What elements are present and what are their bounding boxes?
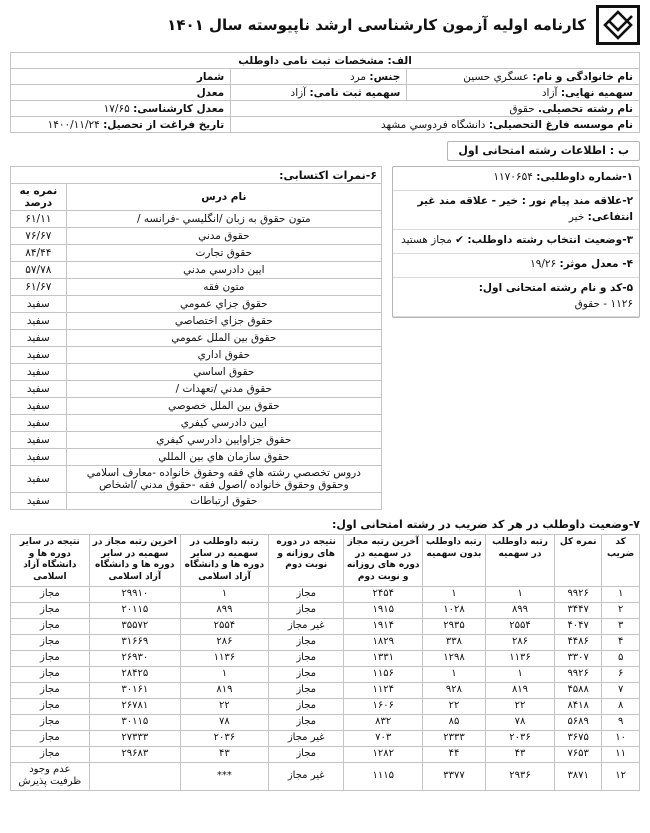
last-rank-other-cell: ۲۹۶۸۳: [89, 746, 180, 762]
total-score-cell: ۳۸۷۱: [555, 762, 602, 790]
coef-row: ۶۹۹۲۶۱۱۱۱۵۶مجاز۱۲۸۴۲۵مجاز: [11, 666, 640, 682]
coef-code-cell: ۷: [602, 682, 640, 698]
course-cell: حقوق اساسي: [66, 364, 381, 381]
coef-row: ۹۵۶۸۹۷۸۸۵۸۳۲مجاز۷۸۳۰۱۱۵مجاز: [11, 714, 640, 730]
score-cell: سفید: [11, 432, 67, 449]
coef-code-cell: ۳: [602, 618, 640, 634]
rank-without-quota-cell: ۳۳۷۷: [423, 762, 486, 790]
score-cell: سفید: [11, 381, 67, 398]
score-cell: سفید: [11, 449, 67, 466]
rank-in-quota-cell: ۱۱۳۶: [485, 650, 554, 666]
last-rank-other-cell: ۲۷۳۳۳: [89, 730, 180, 746]
score-row: متون حقوق به زبان /انگلیسي -فرانسه /۶۱/۱…: [11, 211, 382, 228]
rank-in-quota-cell: ۱: [485, 666, 554, 682]
rank-other-cell: ۲۸۶: [180, 634, 268, 650]
header-coef-code: کد ضریب: [602, 535, 640, 587]
last-rank-day-cell: ۱۱۱۵: [344, 762, 423, 790]
last-rank-other-cell: ۳۰۱۱۵: [89, 714, 180, 730]
result-day-cell: غیر مجاز: [268, 618, 343, 634]
score-row: متون فقه۶۱/۶۷: [11, 279, 382, 296]
rank-other-cell: ۸۹۹: [180, 602, 268, 618]
result-day-cell: مجاز: [268, 634, 343, 650]
result-day-cell: مجاز: [268, 682, 343, 698]
coef-row: ۱۲۳۸۷۱۲۹۳۶۳۳۷۷۱۱۱۵غیر مجاز***عدم وجود ظر…: [11, 762, 640, 790]
number-cell: شمار: [11, 69, 231, 85]
coef-row: ۳۴۰۴۷۲۵۵۴۲۹۳۵۱۹۱۴غیر مجاز۲۵۵۴۳۵۵۷۲مجاز: [11, 618, 640, 634]
last-rank-day-cell: ۱۶۰۶: [344, 698, 423, 714]
page-title: کارنامه اولیه آزمون کارشناسی ارشد ناپیوس…: [167, 16, 586, 34]
bachelor-gpa-cell: معدل کارشناسی: ۱۷/۶۵: [11, 101, 231, 117]
coef-row: ۱۰۳۶۷۵۲۰۳۶۲۳۳۳۷۰۳غیر مجاز۲۰۳۶۲۷۳۳۳مجاز: [11, 730, 640, 746]
coef-code-cell: ۸: [602, 698, 640, 714]
coef-row: ۱۹۹۲۶۱۱۲۴۵۴مجاز۱۲۹۹۱۰مجاز: [11, 586, 640, 602]
rank-other-cell: ۴۳: [180, 746, 268, 762]
result-other-cell: مجاز: [11, 698, 90, 714]
score-column-header: نمره به درصد: [11, 184, 67, 211]
score-row: حقوق سازمان هاي بین الملليسفید: [11, 449, 382, 466]
result-day-cell: مجاز: [268, 650, 343, 666]
score-row: ایین دادرسي کیفريسفید: [11, 415, 382, 432]
total-score-cell: ۹۹۲۶: [555, 666, 602, 682]
score-row: ایین دادرسي مدني۵۷/۷۸: [11, 262, 382, 279]
rank-without-quota-cell: ۱: [423, 586, 486, 602]
last-rank-day-cell: ۱۸۲۹: [344, 634, 423, 650]
score-cell: سفید: [11, 493, 67, 510]
course-cell: ایین دادرسي کیفري: [66, 415, 381, 432]
section-b-content: ۱-شماره داوطلبی: ۱۱۷۰۶۵۴۲-علاقه مند پیام…: [10, 166, 640, 510]
institute-cell: نام موسسه فارغ التحصیلی: دانشگاه فردوسي …: [231, 117, 640, 133]
rank-without-quota-cell: ۳۳۸: [423, 634, 486, 650]
score-row: حقوق ارتباطاتسفید: [11, 493, 382, 510]
table-row: نام موسسه فارغ التحصیلی: دانشگاه فردوسي …: [11, 117, 640, 133]
header-result-other: نتیجه در سایر دوره ها و دانشگاه آزاد اسل…: [11, 535, 90, 587]
section-a-title-row: الف: مشخصات ثبت نامی داوطلب: [11, 53, 640, 69]
rank-without-quota-cell: ۹۲۸: [423, 682, 486, 698]
rank-other-cell: ۱: [180, 666, 268, 682]
result-other-cell: عدم وجود ظرفیت پذیرش: [11, 762, 90, 790]
rank-without-quota-cell: ۱: [423, 666, 486, 682]
course-cell: ایین دادرسي مدني: [66, 262, 381, 279]
scores-title: ۶-نمرات اکتسابی:: [11, 167, 382, 184]
info-item: ۵-کد و نام رشته امتحانی اول: ۱۱۲۶ - حقوق: [393, 278, 639, 318]
result-other-cell: مجاز: [11, 634, 90, 650]
rank-in-quota-cell: ۸۹۹: [485, 602, 554, 618]
last-rank-day-cell: ۱۱۲۴: [344, 682, 423, 698]
total-score-cell: ۵۶۸۹: [555, 714, 602, 730]
rank-without-quota-cell: ۱۰۲۸: [423, 602, 486, 618]
course-cell: دروس تخصصي رشته هاي فقه وحقوق خانواده -م…: [66, 466, 381, 493]
coef-code-cell: ۶: [602, 666, 640, 682]
last-rank-day-cell: ۱۱۵۶: [344, 666, 423, 682]
score-cell: ۶۱/۶۷: [11, 279, 67, 296]
score-cell: ۶۱/۱۱: [11, 211, 67, 228]
course-cell: حقوق جزاوایین دادرسي کیفري: [66, 432, 381, 449]
table-row: سهمیه نهایی: آزاد سهمیه ثبت نامی: آزاد م…: [11, 85, 640, 101]
rank-in-quota-cell: ۲۹۳۶: [485, 762, 554, 790]
score-cell: ۸۴/۴۴: [11, 245, 67, 262]
last-rank-day-cell: ۷۰۳: [344, 730, 423, 746]
last-rank-day-cell: ۱۹۱۴: [344, 618, 423, 634]
score-cell: سفید: [11, 415, 67, 432]
rank-without-quota-cell: ۱۲۹۸: [423, 650, 486, 666]
score-row: حقوق جزاوایین دادرسي کیفريسفید: [11, 432, 382, 449]
rank-other-cell: ۸۱۹: [180, 682, 268, 698]
coef-code-cell: ۱۰: [602, 730, 640, 746]
score-cell: سفید: [11, 398, 67, 415]
result-other-cell: مجاز: [11, 602, 90, 618]
coef-code-cell: ۴: [602, 634, 640, 650]
score-cell: سفید: [11, 364, 67, 381]
total-score-cell: ۳۳۰۷: [555, 650, 602, 666]
coef-code-cell: ۵: [602, 650, 640, 666]
sanjesh-logo-icon: [596, 5, 640, 45]
course-cell: حقوق اداري: [66, 347, 381, 364]
score-cell: سفید: [11, 466, 67, 493]
last-rank-day-cell: ۸۳۲: [344, 714, 423, 730]
coef-code-cell: ۹: [602, 714, 640, 730]
table-row: نام رشته تحصیلی. حقوق معدل کارشناسی: ۱۷/…: [11, 101, 640, 117]
coef-row: ۵۳۳۰۷۱۱۳۶۱۲۹۸۱۳۳۱مجاز۱۱۳۶۲۶۹۳۰مجاز: [11, 650, 640, 666]
result-day-cell: مجاز: [268, 602, 343, 618]
rank-other-cell: ۲۵۵۴: [180, 618, 268, 634]
header-result-day: نتیجه در دوره های روزانه و نوبت دوم: [268, 535, 343, 587]
scores-title-row: ۶-نمرات اکتسابی:: [11, 167, 382, 184]
rank-other-cell: ۲۲: [180, 698, 268, 714]
score-row: حقوق بین الملل عموميسفید: [11, 330, 382, 347]
result-other-cell: مجاز: [11, 714, 90, 730]
rank-without-quota-cell: ۸۵: [423, 714, 486, 730]
coef-code-cell: ۱۱: [602, 746, 640, 762]
registration-info-table: الف: مشخصات ثبت نامی داوطلب نام خانوادگی…: [10, 52, 640, 133]
report-header: کارنامه اولیه آزمون کارشناسی ارشد ناپیوس…: [10, 5, 640, 45]
header-last-rank-other: اخرین رتبه مجاز در سهمیه در سایر دوره ها…: [89, 535, 180, 587]
info-item: ۴- معدل موثر: ۱۹/۲۶: [393, 254, 639, 278]
last-rank-other-cell: ۲۶۹۳۰: [89, 650, 180, 666]
total-score-cell: ۴۵۸۸: [555, 682, 602, 698]
rank-in-quota-cell: ۱: [485, 586, 554, 602]
result-day-cell: غیر مجاز: [268, 762, 343, 790]
last-rank-other-cell: ۲۹۹۱۰: [89, 586, 180, 602]
total-score-cell: ۴۴۸۶: [555, 634, 602, 650]
rank-other-cell: ۷۸: [180, 714, 268, 730]
section-b-title: ب : اطلاعات رشته امتحانی اول: [447, 141, 640, 161]
header-rank-in-quota: رتبه داوطلب در سهمیه: [485, 535, 554, 587]
total-score-cell: ۴۰۴۷: [555, 618, 602, 634]
result-other-cell: مجاز: [11, 666, 90, 682]
result-day-cell: مجاز: [268, 714, 343, 730]
report-page: کارنامه اولیه آزمون کارشناسی ارشد ناپیوس…: [0, 0, 650, 833]
score-cell: سفید: [11, 347, 67, 364]
last-rank-other-cell: [89, 762, 180, 790]
score-cell: ۷۶/۶۷: [11, 228, 67, 245]
rank-in-quota-cell: ۲۵۵۴: [485, 618, 554, 634]
table-row: نام خانوادگی و نام: عسگري حسين جنس: مرد …: [11, 69, 640, 85]
score-row: حقوق تجارت۸۴/۴۴: [11, 245, 382, 262]
last-rank-day-cell: ۱۳۳۱: [344, 650, 423, 666]
last-rank-other-cell: ۳۵۵۷۲: [89, 618, 180, 634]
info-item: ۱-شماره داوطلبی: ۱۱۷۰۶۵۴: [393, 167, 639, 191]
total-score-cell: ۹۹۲۶: [555, 586, 602, 602]
total-score-cell: ۳۴۴۷: [555, 602, 602, 618]
result-day-cell: مجاز: [268, 586, 343, 602]
last-rank-other-cell: ۲۸۴۲۵: [89, 666, 180, 682]
acquired-scores-table: ۶-نمرات اکتسابی: نام درس نمره به درصد مت…: [10, 166, 382, 510]
result-day-cell: مجاز: [268, 698, 343, 714]
last-rank-other-cell: ۳۰۱۶۱: [89, 682, 180, 698]
coef-row: ۱۱۷۶۵۳۴۳۴۴۱۲۸۲مجاز۴۳۲۹۶۸۳مجاز: [11, 746, 640, 762]
graduation-date-cell: تاریخ فراغت از تحصیل: ۱۴۰۰/۱۱/۲۴: [11, 117, 231, 133]
result-other-cell: مجاز: [11, 650, 90, 666]
score-row: حقوق جزاي اختصاصيسفید: [11, 313, 382, 330]
score-row: حقوق مدني۷۶/۶۷: [11, 228, 382, 245]
course-cell: متون حقوق به زبان /انگلیسي -فرانسه /: [66, 211, 381, 228]
course-cell: حقوق بین الملل عمومي: [66, 330, 381, 347]
coef-header-row: کد ضریب نمره کل رتبه داوطلب در سهمیه رتب…: [11, 535, 640, 587]
scores-table-wrap: ۶-نمرات اکتسابی: نام درس نمره به درصد مت…: [10, 166, 382, 510]
gender-cell: جنس: مرد: [231, 69, 407, 85]
course-cell: متون فقه: [66, 279, 381, 296]
score-row: حقوق اساسيسفید: [11, 364, 382, 381]
course-column-header: نام درس: [66, 184, 381, 211]
scores-header-row: نام درس نمره به درصد: [11, 184, 382, 211]
score-row: حقوق اداريسفید: [11, 347, 382, 364]
info-item: ۲-علاقه مند پیام نور : خیر - علاقه مند غ…: [393, 191, 639, 231]
rank-without-quota-cell: ۲۲: [423, 698, 486, 714]
result-other-cell: مجاز: [11, 618, 90, 634]
score-row: دروس تخصصي رشته هاي فقه وحقوق خانواده -م…: [11, 466, 382, 493]
total-score-cell: ۸۴۱۸: [555, 698, 602, 714]
result-other-cell: مجاز: [11, 586, 90, 602]
info-item: ۳-وضعیت انتخاب رشته داوطلب: ✔ مجاز هستید: [393, 230, 639, 254]
rank-without-quota-cell: ۲۳۳۳: [423, 730, 486, 746]
score-cell: ۵۷/۷۸: [11, 262, 67, 279]
course-cell: حقوق جزاي اختصاصي: [66, 313, 381, 330]
exam-field-info-box: ۱-شماره داوطلبی: ۱۱۷۰۶۵۴۲-علاقه مند پیام…: [392, 166, 640, 318]
rank-in-quota-cell: ۲۸۶: [485, 634, 554, 650]
rank-in-quota-cell: ۸۱۹: [485, 682, 554, 698]
total-score-cell: ۷۶۵۳: [555, 746, 602, 762]
field-of-study-cell: نام رشته تحصیلی. حقوق: [231, 101, 640, 117]
result-day-cell: مجاز: [268, 746, 343, 762]
last-rank-day-cell: ۱۲۸۲: [344, 746, 423, 762]
course-cell: حقوق سازمان هاي بین المللي: [66, 449, 381, 466]
coef-row: ۴۴۴۸۶۲۸۶۳۳۸۱۸۲۹مجاز۲۸۶۳۱۶۶۹مجاز: [11, 634, 640, 650]
coef-row: ۷۴۵۸۸۸۱۹۹۲۸۱۱۲۴مجاز۸۱۹۳۰۱۶۱مجاز: [11, 682, 640, 698]
coef-code-cell: ۱: [602, 586, 640, 602]
coef-row: ۲۳۴۴۷۸۹۹۱۰۲۸۱۹۱۵مجاز۸۹۹۲۰۱۱۵مجاز: [11, 602, 640, 618]
gpa-partial-cell: معدل: [11, 85, 231, 101]
rank-without-quota-cell: ۲۹۳۵: [423, 618, 486, 634]
result-day-cell: مجاز: [268, 666, 343, 682]
rank-other-cell: ۲۰۳۶: [180, 730, 268, 746]
rank-other-cell: ۱: [180, 586, 268, 602]
last-rank-day-cell: ۲۴۵۴: [344, 586, 423, 602]
total-score-cell: ۳۶۷۵: [555, 730, 602, 746]
rank-in-quota-cell: ۴۳: [485, 746, 554, 762]
result-other-cell: مجاز: [11, 682, 90, 698]
score-cell: سفید: [11, 313, 67, 330]
score-cell: سفید: [11, 296, 67, 313]
result-other-cell: مجاز: [11, 746, 90, 762]
result-day-cell: غیر مجاز: [268, 730, 343, 746]
header-last-rank-day: آخرین رتبه مجاز در سهمیه در دوره های روز…: [344, 535, 423, 587]
score-row: حقوق مدني /تعهدات /سفید: [11, 381, 382, 398]
result-other-cell: مجاز: [11, 730, 90, 746]
name-cell: نام خانوادگی و نام: عسگري حسين: [407, 69, 640, 85]
coef-table-title: ۷-وضعیت داوطلب در هر کد ضریب در رشته امت…: [10, 518, 640, 531]
course-cell: حقوق جزاي عمومي: [66, 296, 381, 313]
header-rank-other: رتبه داوطلب در سهمیه در سایر دوره ها و د…: [180, 535, 268, 587]
course-cell: حقوق ارتباطات: [66, 493, 381, 510]
score-row: حقوق جزاي عموميسفید: [11, 296, 382, 313]
last-rank-other-cell: ۲۶۷۸۱: [89, 698, 180, 714]
rank-other-cell: ***: [180, 762, 268, 790]
course-cell: حقوق بین الملل خصوصي: [66, 398, 381, 415]
final-quota-cell: سهمیه نهایی: آزاد: [407, 85, 640, 101]
header-total-score: نمره کل: [555, 535, 602, 587]
rank-without-quota-cell: ۴۴: [423, 746, 486, 762]
course-cell: حقوق مدني: [66, 228, 381, 245]
coef-row: ۸۸۴۱۸۲۲۲۲۱۶۰۶مجاز۲۲۲۶۷۸۱مجاز: [11, 698, 640, 714]
score-cell: سفید: [11, 330, 67, 347]
course-cell: حقوق تجارت: [66, 245, 381, 262]
coef-code-cell: ۱۲: [602, 762, 640, 790]
header-rank-without-quota: رتبه داوطلب بدون سهمیه: [423, 535, 486, 587]
rank-in-quota-cell: ۷۸: [485, 714, 554, 730]
section-a-title: الف: مشخصات ثبت نامی داوطلب: [11, 53, 640, 69]
reg-quota-cell: سهمیه ثبت نامی: آزاد: [231, 85, 407, 101]
last-rank-other-cell: ۲۰۱۱۵: [89, 602, 180, 618]
last-rank-other-cell: ۳۱۶۶۹: [89, 634, 180, 650]
rank-other-cell: ۱۱۳۶: [180, 650, 268, 666]
coef-code-cell: ۲: [602, 602, 640, 618]
rank-in-quota-cell: ۲۲: [485, 698, 554, 714]
coefficient-status-table: کد ضریب نمره کل رتبه داوطلب در سهمیه رتب…: [10, 534, 640, 791]
course-cell: حقوق مدني /تعهدات /: [66, 381, 381, 398]
rank-in-quota-cell: ۲۰۳۶: [485, 730, 554, 746]
score-row: حقوق بین الملل خصوصيسفید: [11, 398, 382, 415]
last-rank-day-cell: ۱۹۱۵: [344, 602, 423, 618]
